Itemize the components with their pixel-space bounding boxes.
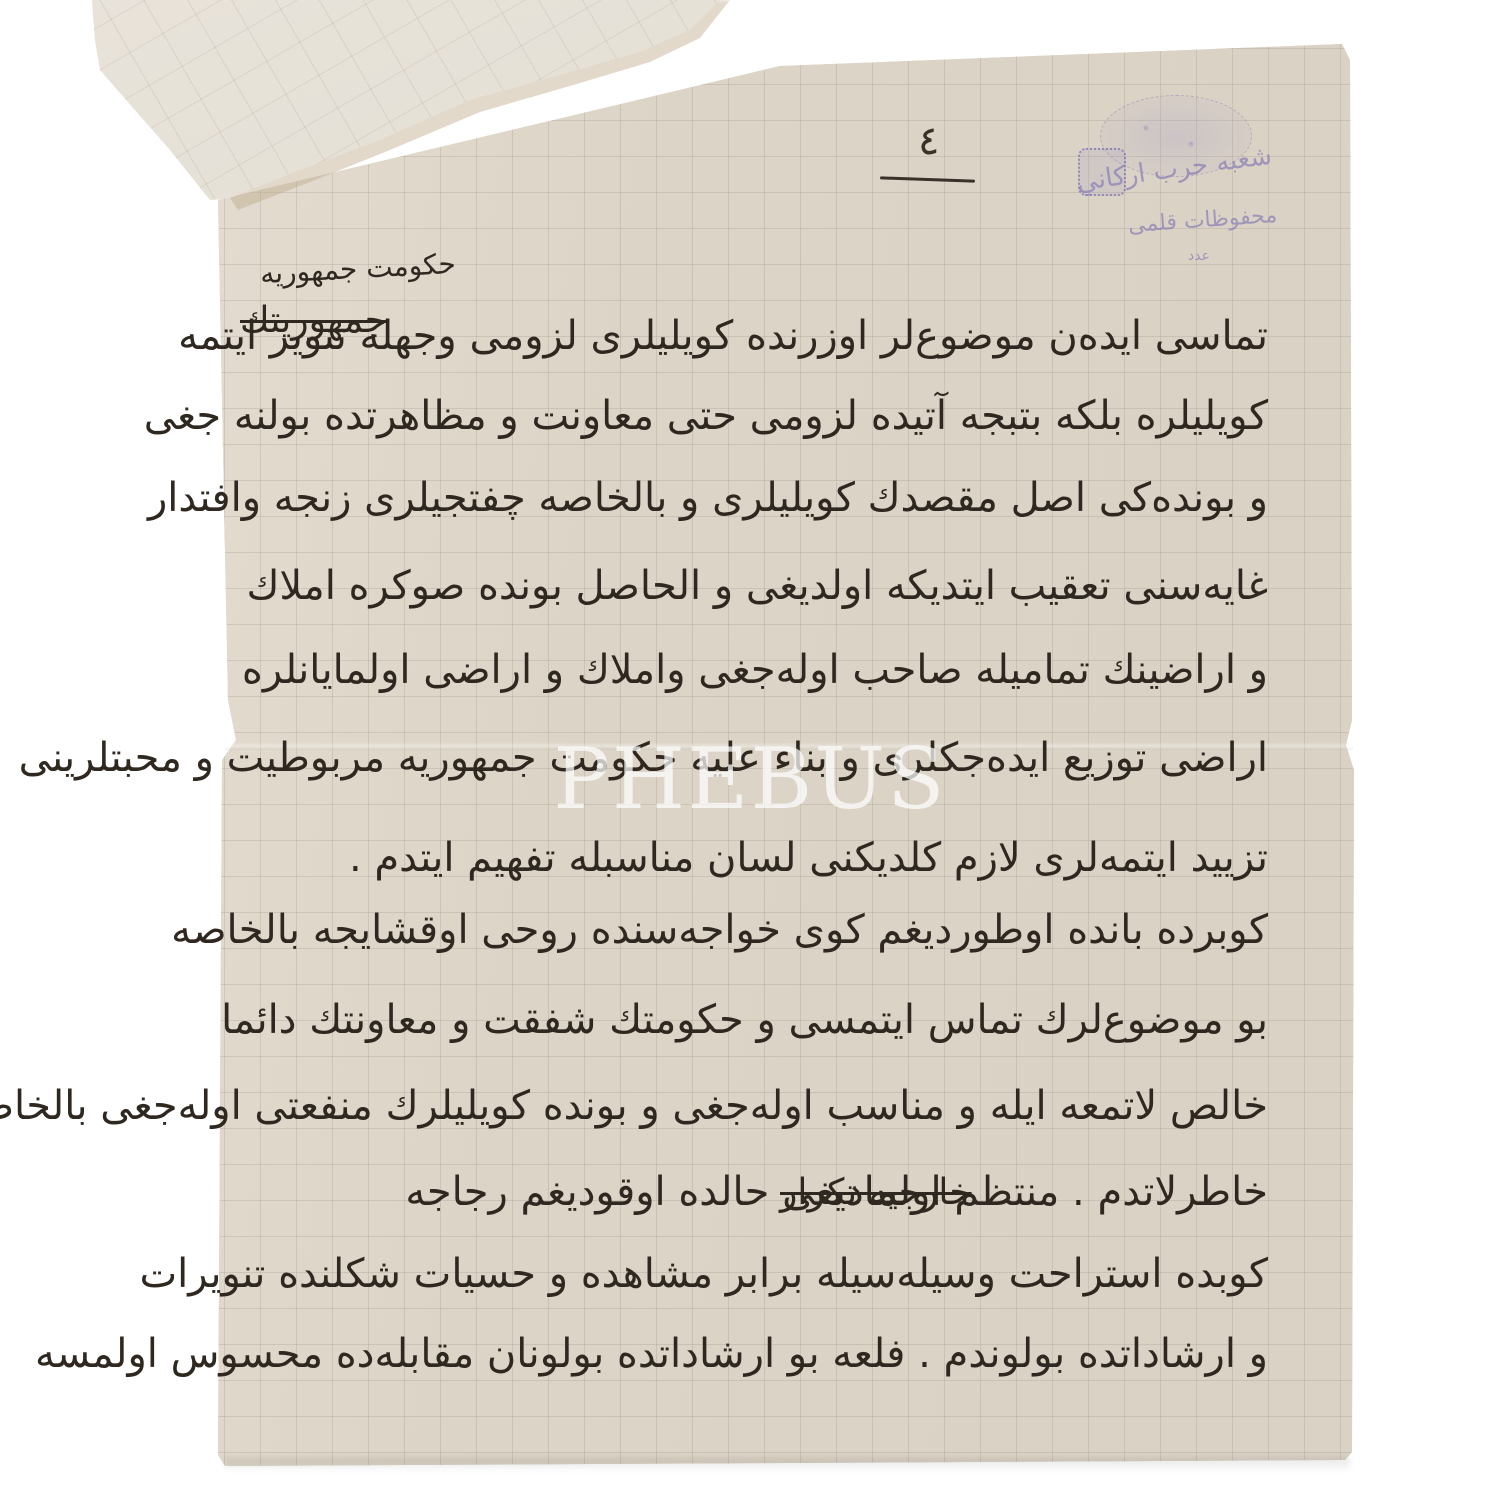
text-line-13: و ارشاداتده بولوندم . فلعه بو ارشاداتده … [258,1334,1268,1374]
text-line-3: و بونده‌کی اصل مقصدك کویلیلری و بالخاصه … [258,478,1268,518]
text-line-6: اراضی توزیع ایده‌جکلری و بناء علیه حکومت… [258,738,1268,778]
text-line-12: کوبده استراحت وسیله‌سیله برابر مشاهده و … [258,1254,1268,1294]
text-line-5: و اراضینك تمامیله صاحب اوله‌جغی واملاك و… [258,650,1268,690]
text-line-1: تماسی ایده‌ن موضوع‌لر اوزرنده کویلیلری ل… [408,316,1268,356]
text-line-9: بو موضوع‌لرك تماس ایتمسی و حکومتك شفقت و… [258,1000,1268,1040]
document-photo: شعبه حرب اركاني محفوظات قلمی عدد ٤ حكومت… [0,0,1500,1500]
text-line-11: خاطرلاتدم . منتظم اولمادیغی حالده اوقودی… [258,1172,1268,1212]
struck-phrase: خارجيه تكرار [780,1172,972,1213]
text-line-10: خالص لاتمعه ایله و مناسب اوله‌جغی و بوند… [258,1086,1268,1126]
text-line-2: کویلیلره بلکه بتبجه آتیده لزومی حتی معاو… [258,396,1268,436]
page-shadow [225,1458,1350,1472]
text-line-4: غایه‌سنی تعقیب ایتدیکه اولدیغی و الحاصل … [258,566,1268,606]
text-line-7: تزیید ایتمه‌لری لازم کلدیکنی لسان مناسبل… [508,838,1268,878]
page-number: ٤ [918,118,939,164]
stamp-text-line3: عدد [1188,248,1210,264]
text-line-8: کوبرده بانده اوطوردیغم کوی خواجه‌سنده رو… [258,910,1268,950]
